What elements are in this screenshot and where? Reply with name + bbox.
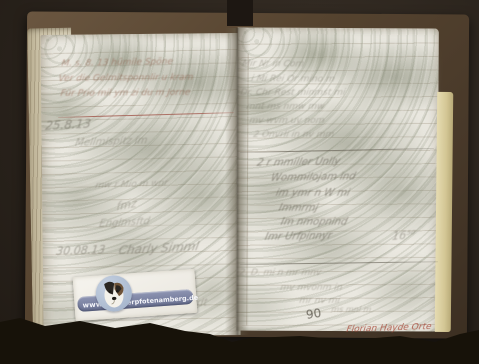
handwriting-line: Für Prio mil ym zi du m Jorne [60,89,191,99]
handwriting-line: mnt ms nmw mw [245,103,325,112]
handwriting-line: im ymr n W mi [275,189,351,199]
page-edge-right [435,92,454,332]
handwriting-line: Dr. Chr Rest minmst mi [239,89,346,98]
dog-head-icon [95,274,133,312]
book-gutter-shadow [225,28,249,335]
handwriting-line: Ver die Gelmitsponnlir u kram [58,74,194,84]
date-entry: 25.8.13 [45,118,92,132]
handwriting-line: Immrmj [278,204,320,214]
diary-photo: M. s. 8. 13 hümile Spöne Ver die Gelmits… [0,0,479,364]
handwriting-line: Wommilojam ind [270,173,357,185]
dog-head-icon [95,274,133,312]
page-number: 90 [305,306,322,322]
handwriting-line: mv wvm uv nom [248,117,325,126]
handwriting-line: 2. D. mi n mr mnv [238,269,322,278]
handwriting-line: i Mi Rei Or mino m [250,75,335,85]
handwriting-line: Im nmopnind [280,218,349,228]
archive-sticker: www. vierpfotenamberg.de [73,269,198,321]
handwriting-line: mv mvonm in [279,284,343,293]
handwriting-line: fmz [116,197,137,212]
handwriting-line: 2 r mmiller Unlly [256,158,342,169]
handwriting-line: 2 Onvrli in nv mm [252,131,334,140]
amount-value: 16⁵⁰ [391,229,415,242]
date-entry: 30.08.13 [55,244,106,257]
handwriting-line: ms mnl m [331,306,372,314]
handwriting-line: Mir Nr in Com [241,60,304,70]
handwriting-line: Imr Urfpinnyr [264,232,333,243]
book-spine [227,0,253,26]
